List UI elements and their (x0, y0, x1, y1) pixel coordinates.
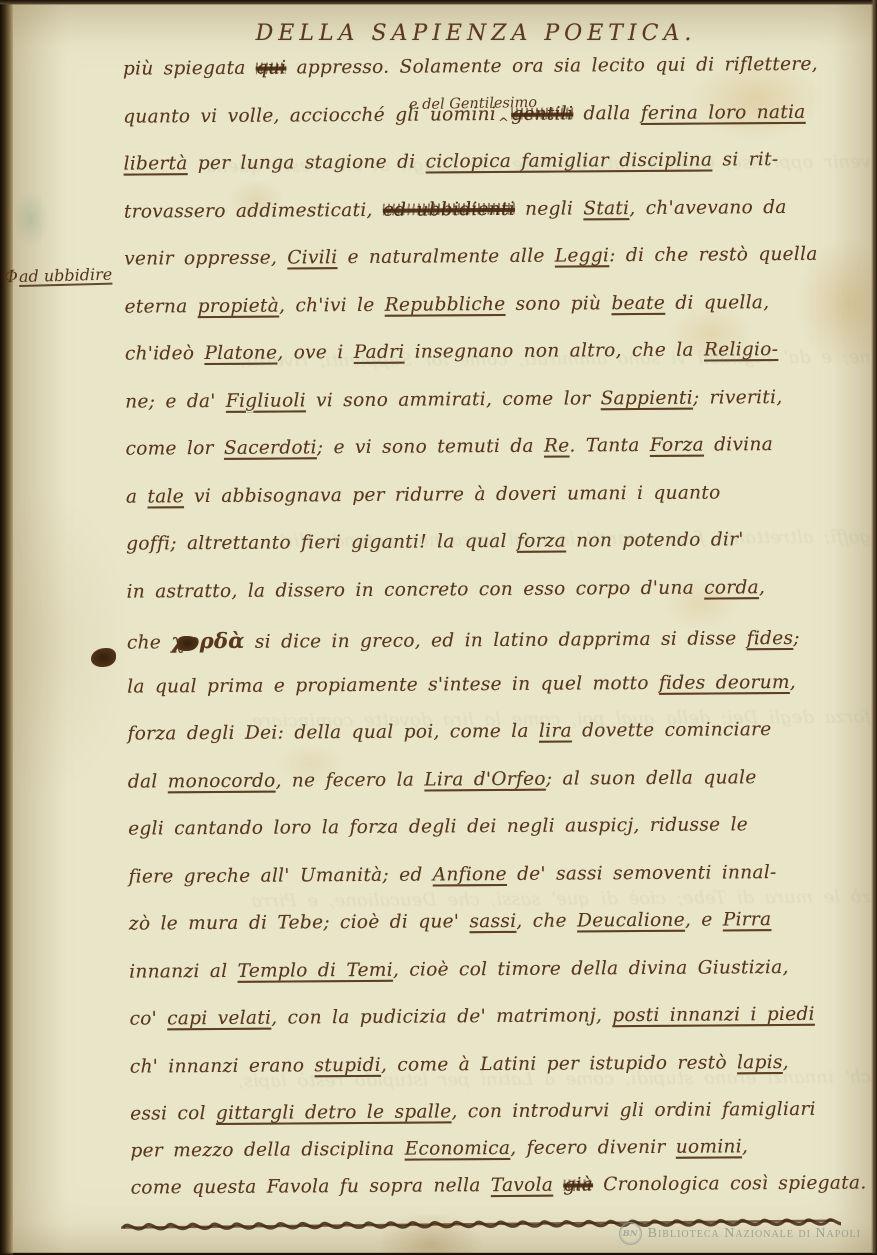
bleedthrough-text: zò le mura di Tebe; cioè di que' sassi, … (131, 886, 871, 912)
page-edge-top (0, 0, 877, 5)
library-monogram-icon: BN (619, 1222, 642, 1245)
bleedthrough-text: ne; e da' Figliuoli vi sono ammirati, co… (131, 346, 871, 372)
margin-note-text: ad ubbidire (19, 265, 113, 286)
manuscript-page: venir oppresse, Civili e naturalmente al… (11, 4, 873, 1253)
bleedthrough-text: goffi; altrettanto fieri giganti! la qua… (131, 526, 871, 552)
margin-note: Φad ubbidire (4, 265, 113, 288)
watermark-label: Biblioteca Nazionale di Napoli (648, 1226, 861, 1242)
bleedthrough-layer: venir oppresse, Civili e naturalmente al… (11, 4, 873, 1253)
library-watermark: BN Biblioteca Nazionale di Napoli (619, 1222, 861, 1245)
insertion-mark-icon: Φ (4, 267, 18, 287)
manuscript-scan: venir oppresse, Civili e naturalmente al… (0, 0, 877, 1255)
interlinear-insertion: e del Gentilesimo (409, 95, 537, 113)
bleedthrough-text: forza degli Dei: della qual poi, come la… (131, 706, 871, 732)
page-edge-left (0, 0, 13, 1255)
bleedthrough-text: ch' innanzi erano stupidi, come à Latini… (131, 1066, 871, 1092)
bleedthrough-text: venir oppresse, Civili e naturalmente al… (131, 151, 871, 177)
page-edge-right (871, 0, 877, 1255)
